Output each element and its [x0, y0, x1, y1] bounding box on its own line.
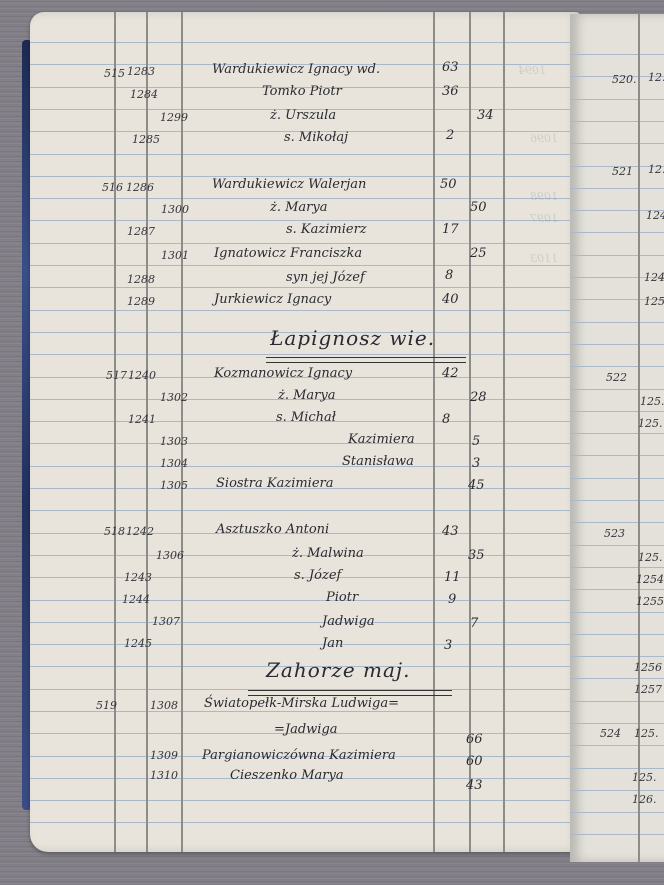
- ruled-line: [30, 600, 580, 601]
- column-rule-female-no: [181, 12, 183, 852]
- person-name: Wardukiewicz Ignacy wd.: [212, 62, 380, 78]
- bleed-through-text: 1097: [530, 212, 558, 225]
- male-number: 1256: [634, 660, 662, 676]
- person-name: Tomko Piotr: [262, 84, 342, 100]
- person-name: Jurkiewicz Ignacy: [214, 292, 331, 308]
- female-number: 1304: [160, 456, 188, 472]
- female-number: 1301: [161, 248, 189, 264]
- male-age: 8: [445, 268, 453, 284]
- female-age: 25: [470, 246, 487, 262]
- ruled-line: [570, 701, 664, 702]
- person-name: Kozmanowicz Ignacy: [214, 366, 352, 382]
- female-age: 50: [470, 200, 487, 216]
- ruled-line: [570, 478, 664, 479]
- ruled-line: [570, 121, 664, 122]
- male-age: 9: [448, 592, 456, 608]
- ruled-line: [570, 567, 664, 568]
- ruled-line: [570, 589, 664, 590]
- person-name: Wardukiewicz Walerjan: [212, 177, 366, 193]
- ruled-line: [570, 455, 664, 456]
- ruled-line: [570, 812, 664, 813]
- locality-header: Zahorze maj.: [266, 662, 410, 678]
- house-number: 523: [604, 526, 625, 542]
- ruled-line: [570, 545, 664, 546]
- male-number: 125.: [638, 416, 663, 432]
- female-age: 35: [468, 548, 485, 564]
- person-name: Siostra Kazimiera: [216, 476, 334, 492]
- male-number: 1289: [127, 294, 155, 310]
- column-rule-female-age: [503, 12, 505, 852]
- ruled-line: [570, 678, 664, 679]
- person-name: Ignatowicz Franciszka: [214, 246, 362, 262]
- ruled-line: [570, 433, 664, 434]
- male-number: 1284: [130, 87, 158, 103]
- male-age: 2: [446, 128, 454, 144]
- male-age: 43: [442, 524, 459, 540]
- ruled-line: [30, 644, 580, 645]
- male-number: 1254: [636, 572, 664, 588]
- ruled-line: [570, 745, 664, 746]
- male-number: 126.: [632, 792, 657, 808]
- ruled-line: [30, 510, 580, 511]
- male-age: 50: [440, 177, 457, 193]
- female-age: 5: [472, 434, 480, 450]
- house-number: 518: [104, 524, 125, 540]
- house-number: 516: [102, 180, 123, 196]
- male-number: 1245: [124, 636, 152, 652]
- person-name: Kazimiera: [348, 432, 415, 448]
- female-age: 43: [466, 778, 483, 794]
- male-age: 42: [442, 366, 459, 382]
- ruled-line: [570, 634, 664, 635]
- house-number: 522: [606, 370, 627, 386]
- bleed-through-text: 1096: [530, 132, 558, 145]
- ruled-line: [30, 354, 580, 355]
- ruled-line: [30, 220, 580, 221]
- male-age: 40: [442, 292, 459, 308]
- female-age: 34: [477, 108, 494, 124]
- male-number: 125.: [644, 294, 664, 310]
- male-number: 125.: [640, 394, 664, 410]
- person-name: Pargianowiczówna Kazimiera: [202, 748, 396, 764]
- house-number: 519: [96, 698, 117, 714]
- bleed-through-text: 1094: [518, 64, 546, 77]
- ruled-line: [30, 800, 580, 801]
- female-number: 1307: [152, 614, 180, 630]
- ruled-line: [570, 143, 664, 144]
- ruled-line: [30, 466, 580, 467]
- person-name: s. Michał: [276, 410, 336, 426]
- female-age: 7: [470, 616, 478, 632]
- ruled-line: [30, 265, 580, 266]
- male-age: 63: [442, 60, 459, 76]
- person-name: Piotr: [326, 590, 358, 606]
- column-rule-male-age: [469, 12, 471, 852]
- male-number: 12..: [648, 70, 664, 86]
- ruled-line: [570, 344, 664, 345]
- ruled-line: [570, 411, 664, 412]
- locality-header: Łapignosz wie.: [270, 330, 435, 346]
- male-age: 11: [444, 570, 461, 586]
- male-number: 12..: [648, 162, 664, 178]
- column-rule-name: [433, 12, 435, 852]
- male-number: 1241: [128, 412, 156, 428]
- ruled-line: [570, 790, 664, 791]
- male-number: 1286: [126, 180, 154, 196]
- ruled-line: [570, 522, 664, 523]
- male-number: 1257: [634, 682, 662, 698]
- male-number: 1283: [127, 64, 155, 80]
- person-name: Światopełk-Mirska Ludwiga=: [204, 696, 399, 712]
- person-name: s. Mikołaj: [284, 130, 348, 146]
- male-number: 125.: [638, 550, 663, 566]
- house-number: 517: [106, 368, 127, 384]
- person-name: Jan: [322, 636, 343, 652]
- male-number: 1242: [126, 524, 154, 540]
- male-age: 3: [444, 638, 452, 654]
- ruled-line: [570, 500, 664, 501]
- person-name: s. Kazimierz: [286, 222, 367, 238]
- male-number: 1255: [636, 594, 664, 610]
- female-number: 1303: [160, 434, 188, 450]
- ruled-line: [570, 723, 664, 724]
- ruled-line: [570, 188, 664, 189]
- ruled-line: [30, 243, 580, 244]
- ruled-line: [30, 310, 580, 311]
- person-name: s. Józef: [294, 568, 341, 584]
- female-number: 1310: [150, 768, 178, 784]
- female-number: 1302: [160, 390, 188, 406]
- ruled-line: [30, 822, 580, 823]
- left-page: 1094 1096 1098 1097 1103 515 1283 Warduk…: [30, 12, 580, 852]
- female-number: 1308: [150, 698, 178, 714]
- person-name: syn jej Józef: [286, 270, 365, 286]
- ruled-line: [30, 154, 580, 155]
- male-number: 124.: [644, 270, 664, 286]
- female-number: 1300: [161, 202, 189, 218]
- person-name: ż. Malwina: [292, 546, 364, 562]
- male-number: 1287: [127, 224, 155, 240]
- person-name: Cieszenko Marya: [230, 768, 344, 784]
- person-name: Asztuszko Antoni: [216, 522, 329, 538]
- female-age: 60: [466, 754, 483, 770]
- ruled-line: [570, 99, 664, 100]
- column-rule-house: [114, 12, 116, 852]
- ruled-line: [570, 54, 664, 55]
- male-number: 1288: [127, 272, 155, 288]
- male-age: 17: [442, 222, 459, 238]
- ruled-line: [570, 612, 664, 613]
- male-number: 1243: [124, 570, 152, 586]
- female-number: 1309: [150, 748, 178, 764]
- ruled-line: [570, 768, 664, 769]
- ruled-line: [570, 322, 664, 323]
- male-age: 8: [442, 412, 450, 428]
- right-page-partial: 520. 12.. 521 12.. 124. 124. 125. 522 12…: [570, 14, 664, 862]
- person-name: ż. Marya: [270, 200, 327, 216]
- ruled-line: [570, 255, 664, 256]
- person-name: Jadwiga: [322, 614, 375, 630]
- person-name: ż. Urszula: [270, 108, 336, 124]
- ruled-line: [30, 443, 580, 444]
- ruled-line: [570, 389, 664, 390]
- person-name: ż. Marya: [278, 388, 335, 404]
- ruled-line: [30, 198, 580, 199]
- header-underline: [266, 357, 466, 363]
- male-number: 1244: [122, 592, 150, 608]
- male-age: 36: [442, 84, 459, 100]
- house-number: 515: [104, 66, 125, 82]
- person-name: =Jadwiga: [274, 722, 338, 738]
- ruled-line: [570, 366, 664, 367]
- male-number: 124.: [646, 208, 664, 224]
- female-age: 45: [468, 478, 485, 494]
- house-number: 521: [612, 164, 633, 180]
- house-number: 524: [600, 726, 621, 742]
- female-age: 3: [472, 456, 480, 472]
- ruled-line: [30, 42, 580, 43]
- male-number: 125.: [634, 726, 659, 742]
- ruled-line: [570, 656, 664, 657]
- male-number: 1240: [128, 368, 156, 384]
- female-number: 1306: [156, 548, 184, 564]
- female-number: 1305: [160, 478, 188, 494]
- ruled-line: [570, 232, 664, 233]
- female-age: 28: [470, 390, 487, 406]
- house-number: 520.: [612, 72, 637, 88]
- female-number: 1299: [160, 110, 188, 126]
- ruled-line: [30, 622, 580, 623]
- ruled-line: [30, 287, 580, 288]
- bleed-through-text: 1098: [530, 190, 558, 203]
- female-age: 66: [466, 732, 483, 748]
- ruled-line: [570, 834, 664, 835]
- bleed-through-text: 1103: [530, 252, 558, 265]
- male-number: 125.: [632, 770, 657, 786]
- person-name: Stanisława: [342, 454, 414, 470]
- male-number: 1285: [132, 132, 160, 148]
